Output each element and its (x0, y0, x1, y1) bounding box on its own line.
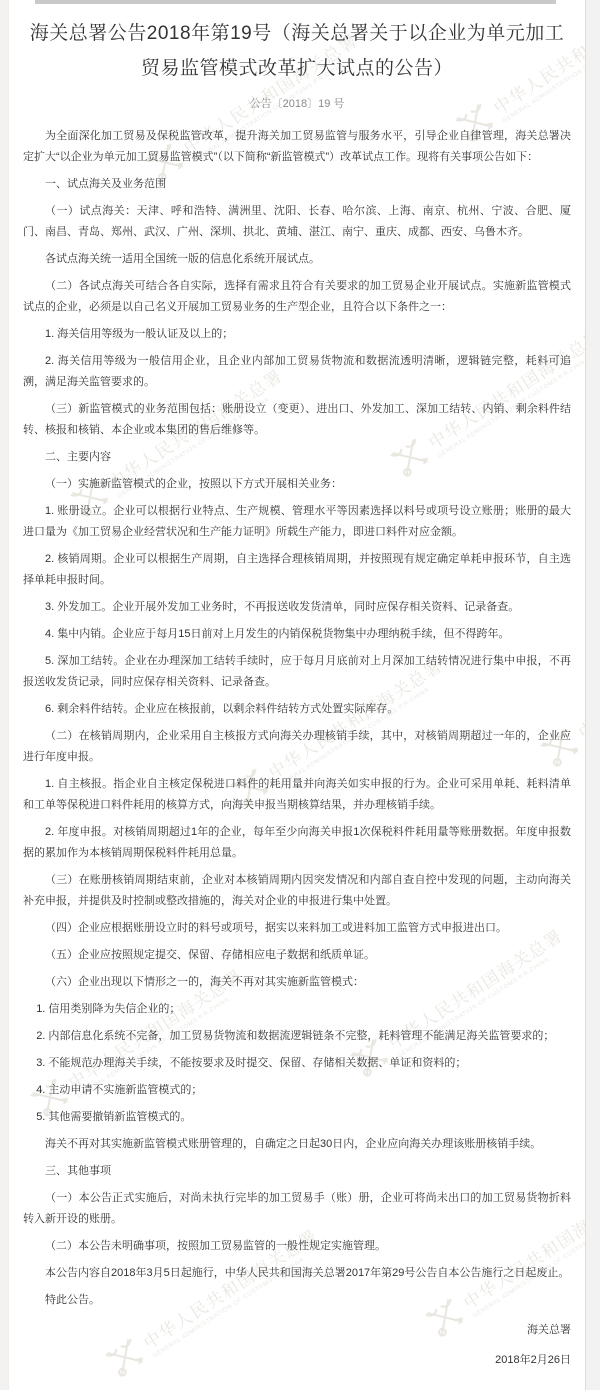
paragraph: 2. 内部信息化系统不完备，加工贸易货物流和数据流逻辑链条不完整，耗料管理不能满… (23, 1026, 571, 1047)
paragraph: 各试点海关统一适用全国统一版的信息化系统开展试点。 (23, 249, 571, 270)
paragraph: 5. 深加工结转。企业在办理深加工结转手续时，应于每月月底前对上月深加工结转情况… (23, 651, 571, 693)
doc-number: 公告〔2018〕19 号 (9, 95, 585, 111)
paragraph: （三）新监管模式的业务范围包括：账册设立（变更）、进出口、外发加工、深加工结转、… (23, 399, 571, 441)
paragraph: （二）在核销周期内，企业采用自主核报方式向海关办理核销手续，其中，对核销周期超过… (23, 726, 571, 768)
paragraph: 1. 海关信用等级为一般认证及以上的； (23, 324, 571, 345)
paragraph: 6. 剩余料件结转。企业应在核报前，以剩余料件结转方式处置实际库存。 (23, 699, 571, 720)
paragraph: 2. 海关信用等级为一般信用企业，且企业内部加工贸易货物流和数据流透明清晰，逻辑… (23, 351, 571, 393)
announcement-body: 为全面深化加工贸易及保税监管改革，提升海关加工贸易监管与服务水平，引导企业自律管… (9, 126, 585, 1371)
page-title: 海关总署公告2018年第19号（海关总署关于以企业为单元加工贸易监管模式改革扩大… (25, 0, 570, 86)
paragraph: 海关不再对其实施新监管模式账册管理的，自确定之日起30日内，企业应向海关办理该账… (23, 1134, 571, 1155)
paragraph: （四）企业应根据账册设立时的料号或项号，据实以来料加工或进料加工监管方式申报进出… (23, 918, 571, 939)
paragraph: （一）本公告正式实施后，对尚未执行完毕的加工贸易手（账）册，企业可将尚未出口的加… (23, 1188, 571, 1230)
paragraph: 本公告内容自2018年3月5日起施行，中华人民共和国海关总署2017年第29号公… (23, 1263, 571, 1284)
paragraph: 1. 账册设立。企业可以根据行业特点、生产规模、管理水平等因素选择以料号或项号设… (23, 501, 571, 543)
paragraph: 5. 其他需要撤销新监管模式的。 (23, 1107, 571, 1128)
paragraph: 3. 外发加工。企业开展外发加工业务时，不再报送收发货清单，同时应保存相关资料、… (23, 597, 571, 618)
paragraph: 4. 主动申请不实施新监管模式的； (23, 1080, 571, 1101)
announcement-content: 海关总署公告2018年第19号（海关总署关于以企业为单元加工贸易监管模式改革扩大… (9, 0, 585, 1371)
paragraph: （六）企业出现以下情形之一的，海关不再对其实施新监管模式： (23, 972, 571, 993)
paragraph: 1. 信用类别降为失信企业的； (23, 999, 571, 1020)
paragraph: 为全面深化加工贸易及保税监管改革，提升海关加工贸易监管与服务水平，引导企业自律管… (23, 126, 571, 168)
signature-date: 2018年2月26日 (23, 1350, 571, 1371)
paragraph: 特此公告。 (23, 1290, 571, 1311)
paragraph: （五）企业应按照规定提交、保留、存储相应电子数据和纸质单证。 (23, 945, 571, 966)
paragraph: 2. 年度申报。对核销周期超过1年的企业，每年至少向海关申报1次保税料件耗用量等… (23, 822, 571, 864)
section-heading: 三、其他事项 (23, 1161, 571, 1182)
paragraph: （三）在账册核销周期结束前，企业对本核销周期内因突发情况和内部自查自控中发现的问… (23, 870, 571, 912)
page: { "colors": { "page_bg": "#f3f2f0", "car… (0, 0, 600, 1390)
paragraph: （二）本公告未明确事项，按照加工贸易监管的一般性规定实施管理。 (23, 1236, 571, 1257)
announcement-card: 中华人民共和国海关总署GENERAL ADMINISTRATION OF CUS… (8, 0, 586, 1390)
paragraph: （一）试点海关：天津、呼和浩特、满洲里、沈阳、长春、哈尔滨、上海、南京、杭州、宁… (23, 201, 571, 243)
paragraph: 3. 不能规范办理海关手续，不能按要求及时提交、保留、存储相关数据、单证和资料的… (23, 1053, 571, 1074)
paragraph: 4. 集中内销。企业应于每月15日前对上月发生的内销保税货物集中办理纳税手续，但… (23, 624, 571, 645)
signature: 海关总署 (23, 1320, 571, 1341)
header-divider (35, 0, 556, 4)
section-heading: 一、试点海关及业务范围 (23, 174, 571, 195)
section-heading: 二、主要内容 (23, 447, 571, 468)
paragraph: 1. 自主核报。指企业自主核定保税进口料件的耗用量并向海关如实申报的行为。企业可… (23, 774, 571, 816)
paragraph: （二）各试点海关可结合各自实际，选择有需求且符合有关要求的加工贸易企业开展试点。… (23, 276, 571, 318)
paragraph: （一）实施新监管模式的企业，按照以下方式开展相关业务： (23, 474, 571, 495)
paragraph: 2. 核销周期。企业可以根据生产周期，自主选择合理核销周期，并按照现有规定确定单… (23, 549, 571, 591)
